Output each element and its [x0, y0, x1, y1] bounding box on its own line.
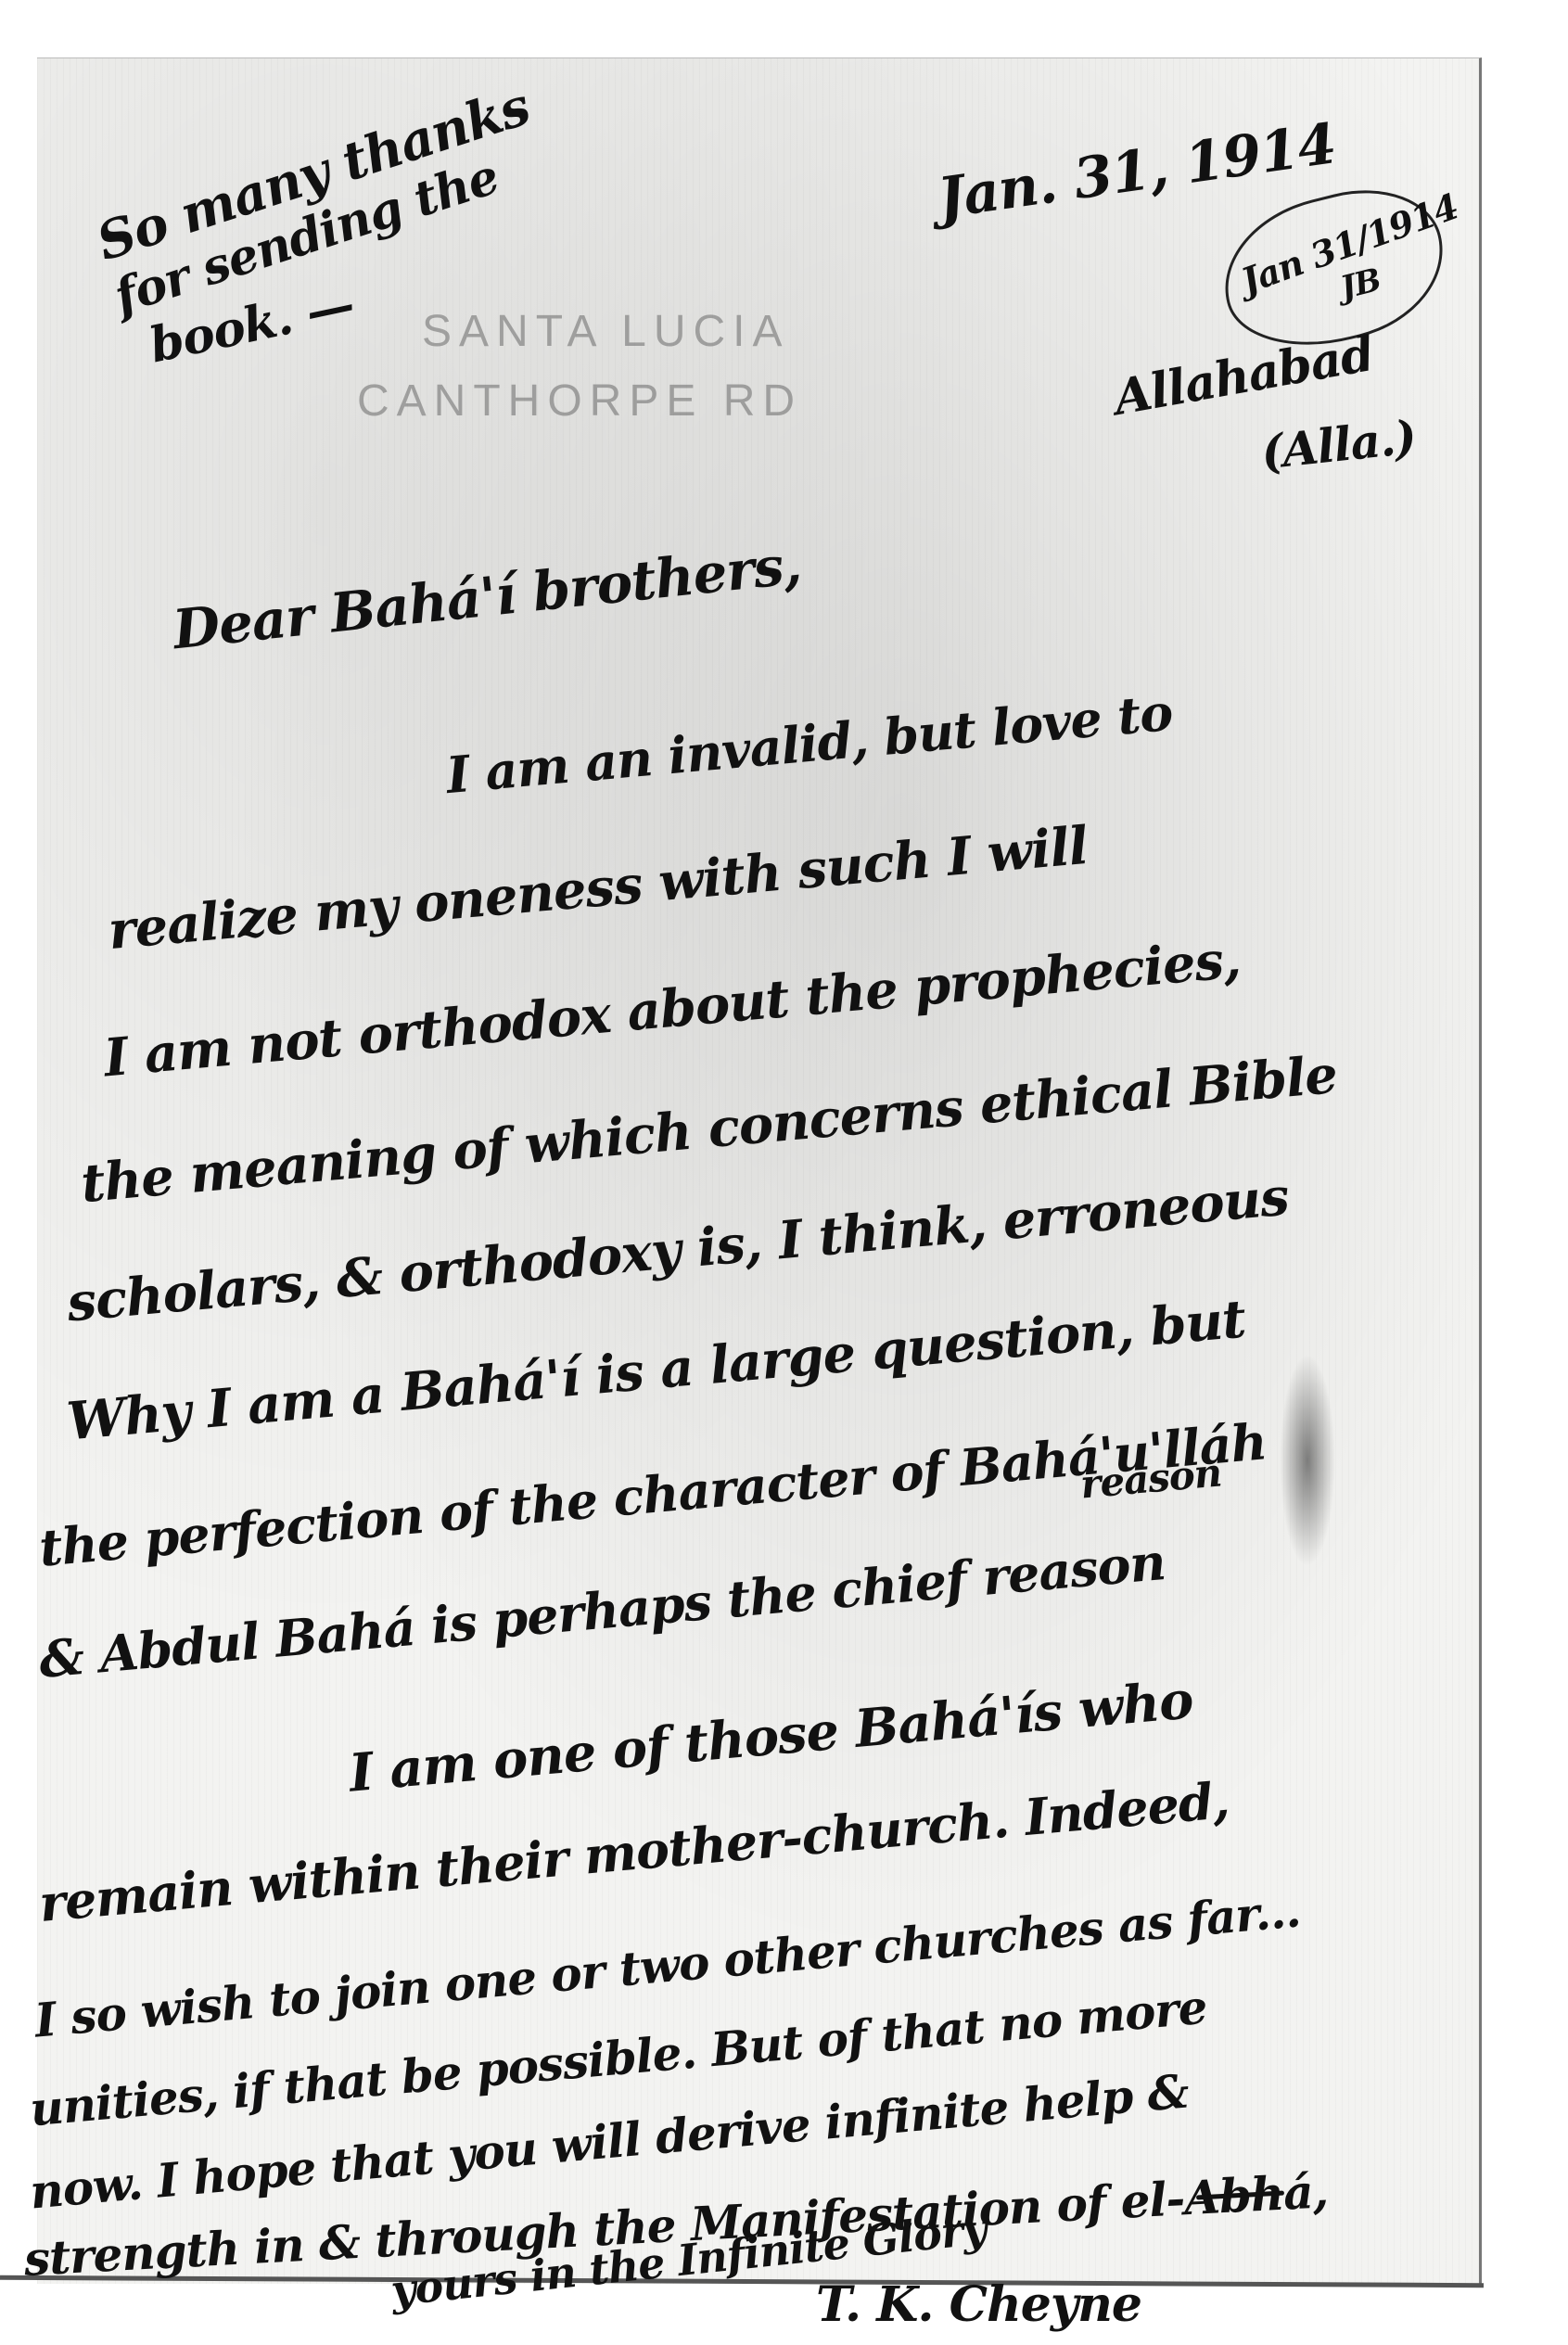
letterhead-line-2: CANTHORPE RD	[357, 376, 802, 427]
stamp-initials: JB	[1337, 261, 1384, 307]
ink-smudge	[1280, 1354, 1335, 1567]
signature: T. K. Cheyne	[816, 2276, 1141, 2333]
letterhead-line-1: SANTA LUCIA	[422, 306, 790, 357]
